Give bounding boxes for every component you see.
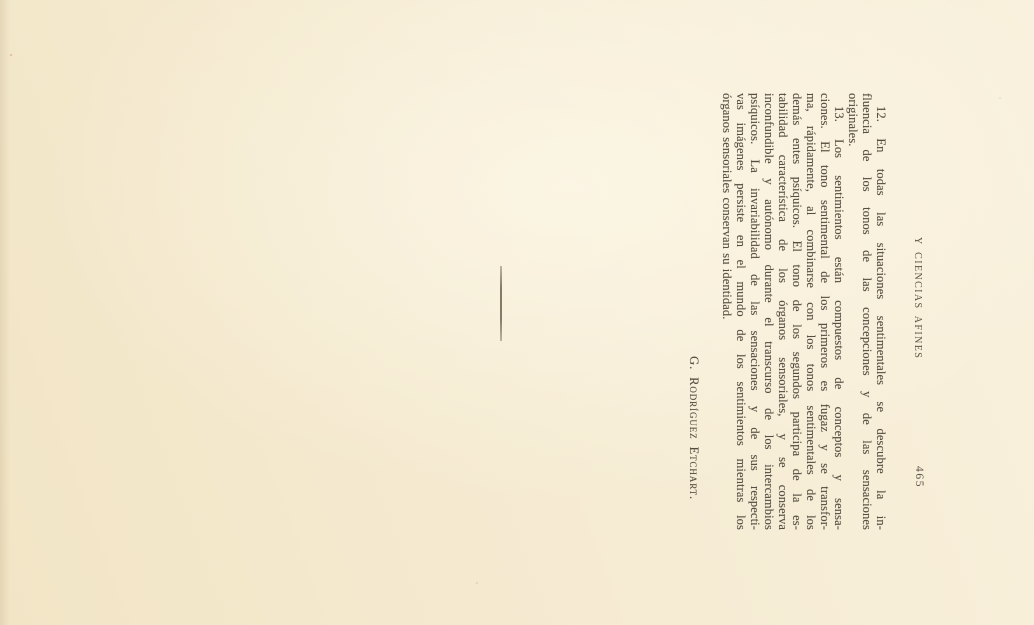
text-line: 12. En todas las situaciones sentimental… (874, 93, 888, 530)
body-text: 12. En todas las situaciones sentimental… (720, 93, 888, 530)
text-line: vas imágenes persiste en el mundo de los… (734, 93, 748, 530)
text-line: inconfundible y autónomo durante el tran… (762, 93, 776, 530)
page-number: 465 (913, 466, 925, 488)
text-line: psíquicos. La invariabilidad de las sens… (748, 93, 762, 530)
scanned-book-page: Y CIENCIAS AFINES 465 12. En todas las s… (0, 0, 1034, 625)
text-line: demás entes psíquicos. El tono de los se… (790, 93, 804, 530)
author-signature: G. Rodríguez Etchart. (686, 356, 701, 500)
text-line: tabilidad característica de los órganos … (776, 93, 790, 530)
text-line: 13. Los sentimientos están compuestos de… (832, 93, 846, 530)
text-line: ma, rápidamente, al combinarse con los t… (804, 93, 818, 530)
text-line: fluencia de los tonos de las concepcione… (860, 93, 874, 530)
text-line: ciones. El tono sentimental de los prime… (818, 93, 832, 530)
text-line: órganos sensoriales conservan su identid… (720, 93, 734, 530)
text-line: originales. (846, 93, 860, 530)
section-divider-rule (501, 266, 503, 341)
running-head-title: Y CIENCIAS AFINES (912, 237, 923, 359)
page-portrait-content: Y CIENCIAS AFINES 465 12. En todas las s… (0, 0, 1034, 625)
